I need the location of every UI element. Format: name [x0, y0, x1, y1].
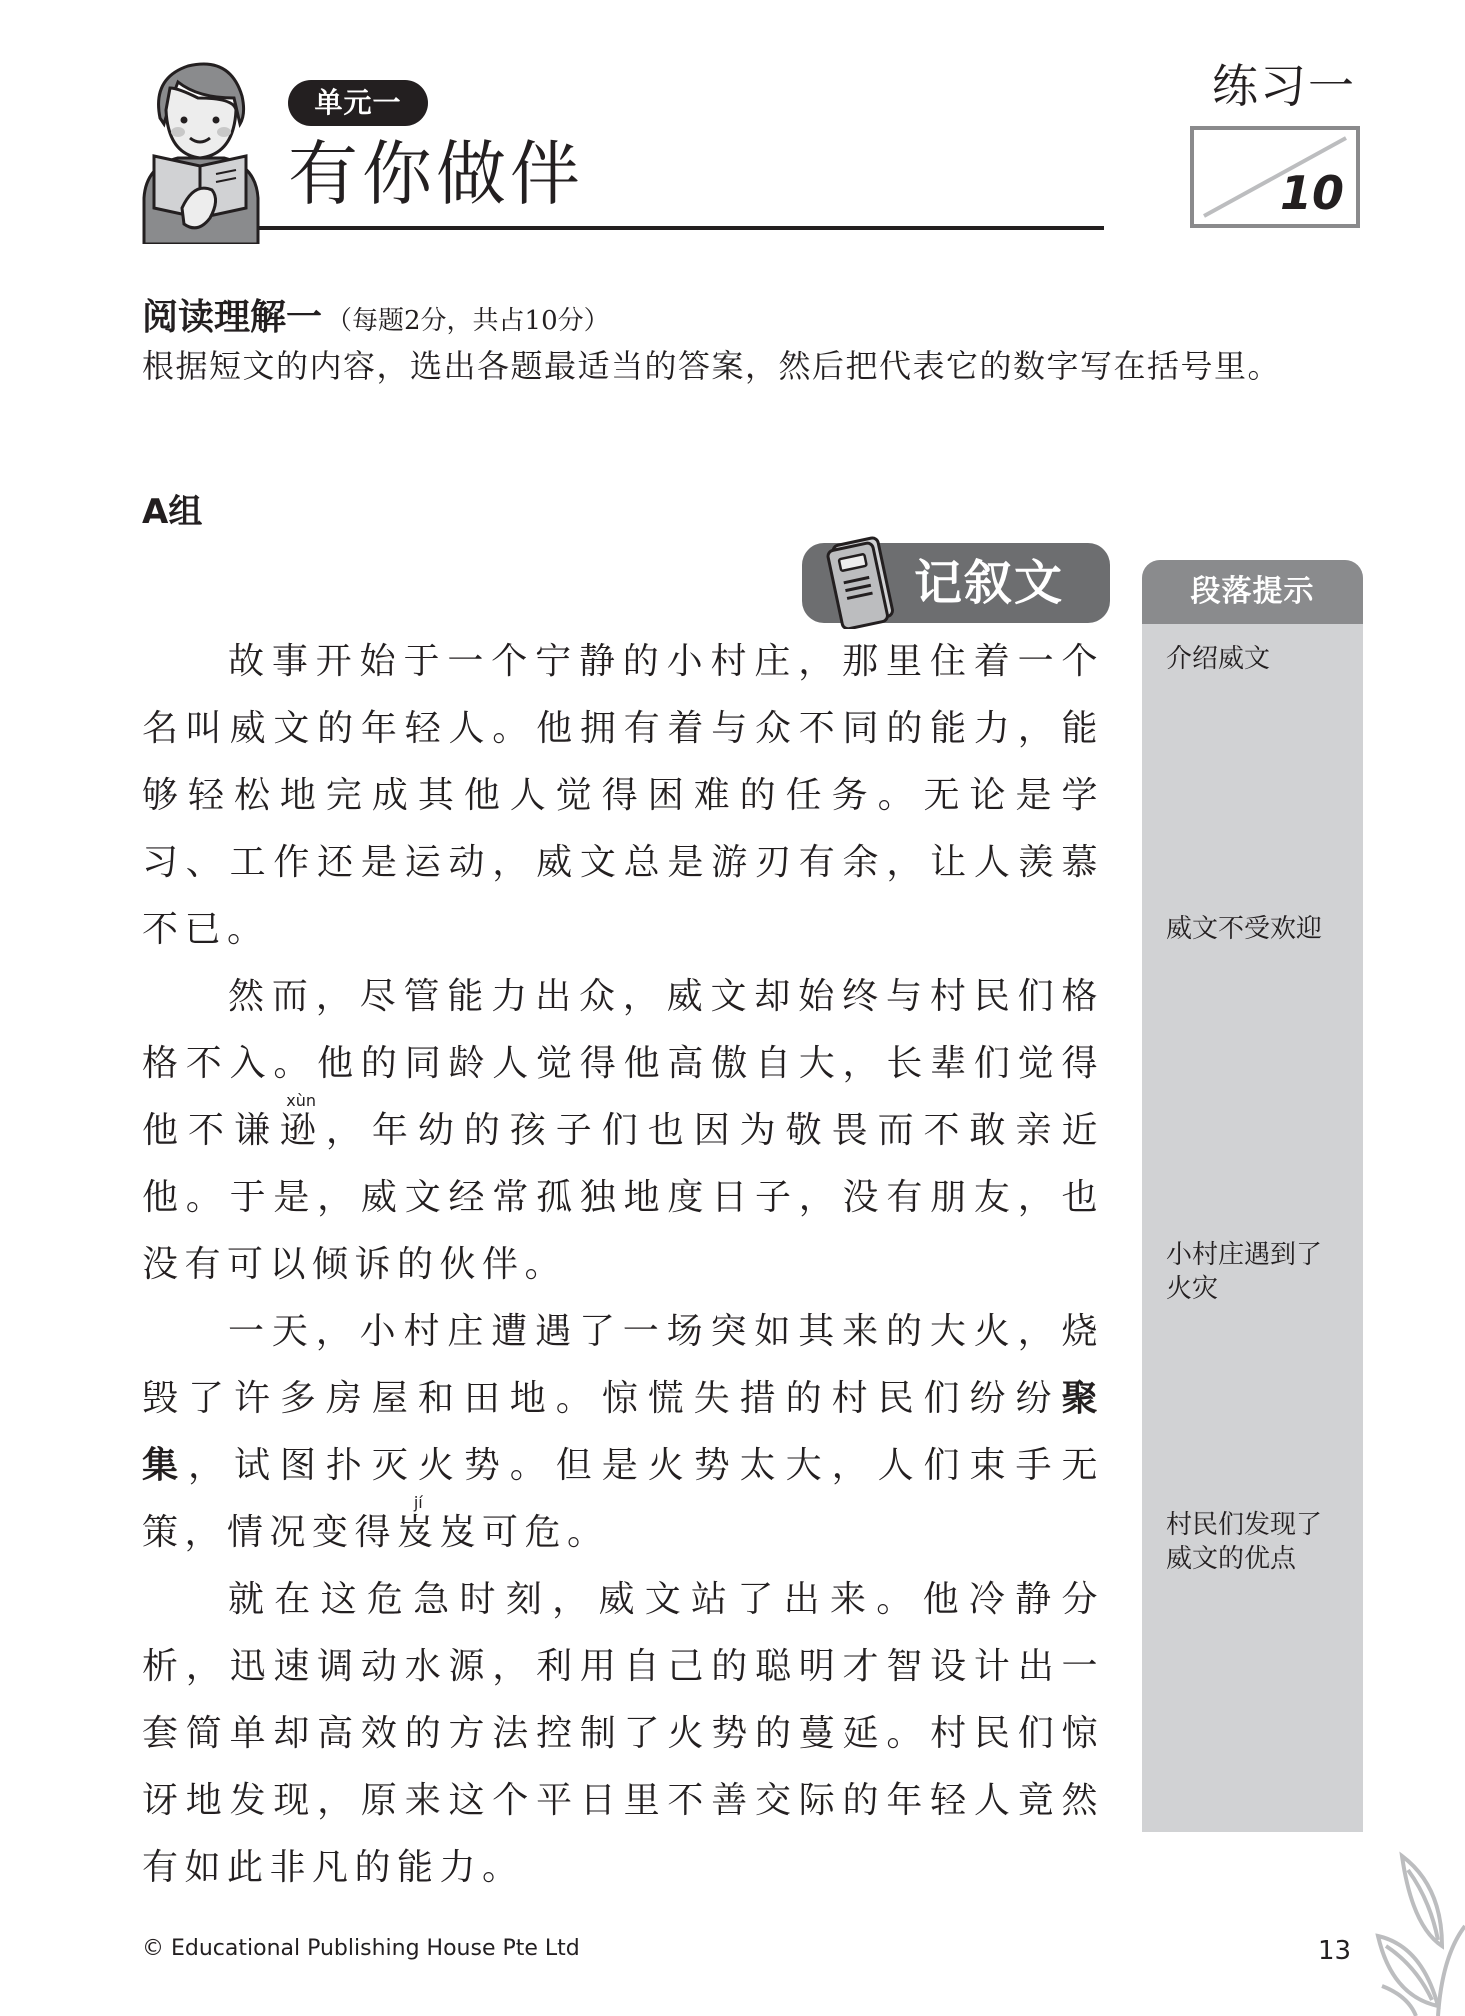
instructions: 根据短文的内容，选出各题最适当的答案，然后把代表它的数字写在括号里。 [142, 342, 1364, 390]
paragraph-hints-header: 段落提示 [1142, 560, 1363, 624]
section-heading: 阅读理解一（每题2分，共占10分） [142, 294, 610, 345]
page-number: 13 [1318, 1934, 1351, 1968]
annotated-char: 岌 [397, 1512, 440, 1553]
passage-paragraph: 然而，尽管能力出众，威文却始终与村民们格格不入。他的同龄人觉得他高傲自大，长辈们… [142, 963, 1104, 1298]
genre-tab: 记叙文 [802, 543, 1110, 623]
hint-item: 威文不受欢迎 [1166, 912, 1346, 946]
passage-paragraph: 一天，小村庄遭遇了一场突如其来的大火，烧毁了许多房屋和田地。惊慌失措的村民们纷纷… [142, 1298, 1104, 1566]
exercise-label: 练习一 [1212, 56, 1356, 116]
unit-title: 有你做伴 [288, 132, 584, 216]
hint-item: 村民们发现了威文的优点 [1166, 1508, 1346, 1576]
passage-text: 一天，小村庄遭遇了一场突如其来的大火，烧毁了许多房屋和田地。惊慌失措的村民们纷纷 [142, 1311, 1104, 1419]
passage-text: 岌可危。 [440, 1512, 610, 1553]
unit-badge: 单元一 [288, 80, 428, 126]
passage-text: ，试图扑灭火势。但是火势太大，人们束手无策，情况变得 [142, 1445, 1104, 1553]
leaf-decoration-icon [1372, 1836, 1465, 2016]
pinyin-annotation: 逊xùn [280, 1110, 326, 1151]
passage-paragraph: 故事开始于一个宁静的小村庄，那里住着一个名叫威文的年轻人。他拥有着与众不同的能力… [142, 628, 1104, 963]
pinyin-annotation: 岌jí [397, 1512, 440, 1553]
copyright-notice: © Educational Publishing House Pte Ltd [142, 1934, 580, 1964]
genre-label: 记叙文 [914, 543, 1064, 623]
pinyin: jí [397, 1493, 440, 1512]
annotated-char: 逊 [280, 1110, 326, 1151]
passage-paragraph: 就在这危急时刻，威文站了出来。他冷静分析，迅速调动水源，利用自己的聪明才智设计出… [142, 1566, 1104, 1901]
section-score-note: （每题2分，共占10分） [326, 306, 610, 336]
header-divider [258, 226, 1104, 230]
hint-item: 介绍威文 [1166, 642, 1346, 676]
paragraph-hints-column: 段落提示 介绍威文 威文不受欢迎 小村庄遇到了火灾 村民们发现了威文的优点 [1142, 560, 1363, 1832]
reading-passage: 故事开始于一个宁静的小村庄，那里住着一个名叫威文的年轻人。他拥有着与众不同的能力… [142, 628, 1104, 1901]
book-icon [826, 535, 898, 629]
group-label: A组 [142, 490, 202, 534]
score-total: 10 [1280, 168, 1344, 218]
section-title: 阅读理解一 [142, 297, 322, 338]
hint-item: 小村庄遇到了火灾 [1166, 1238, 1346, 1306]
pinyin: xùn [280, 1091, 323, 1110]
reading-student-illustration [138, 58, 262, 244]
score-box: 10 [1190, 126, 1360, 228]
